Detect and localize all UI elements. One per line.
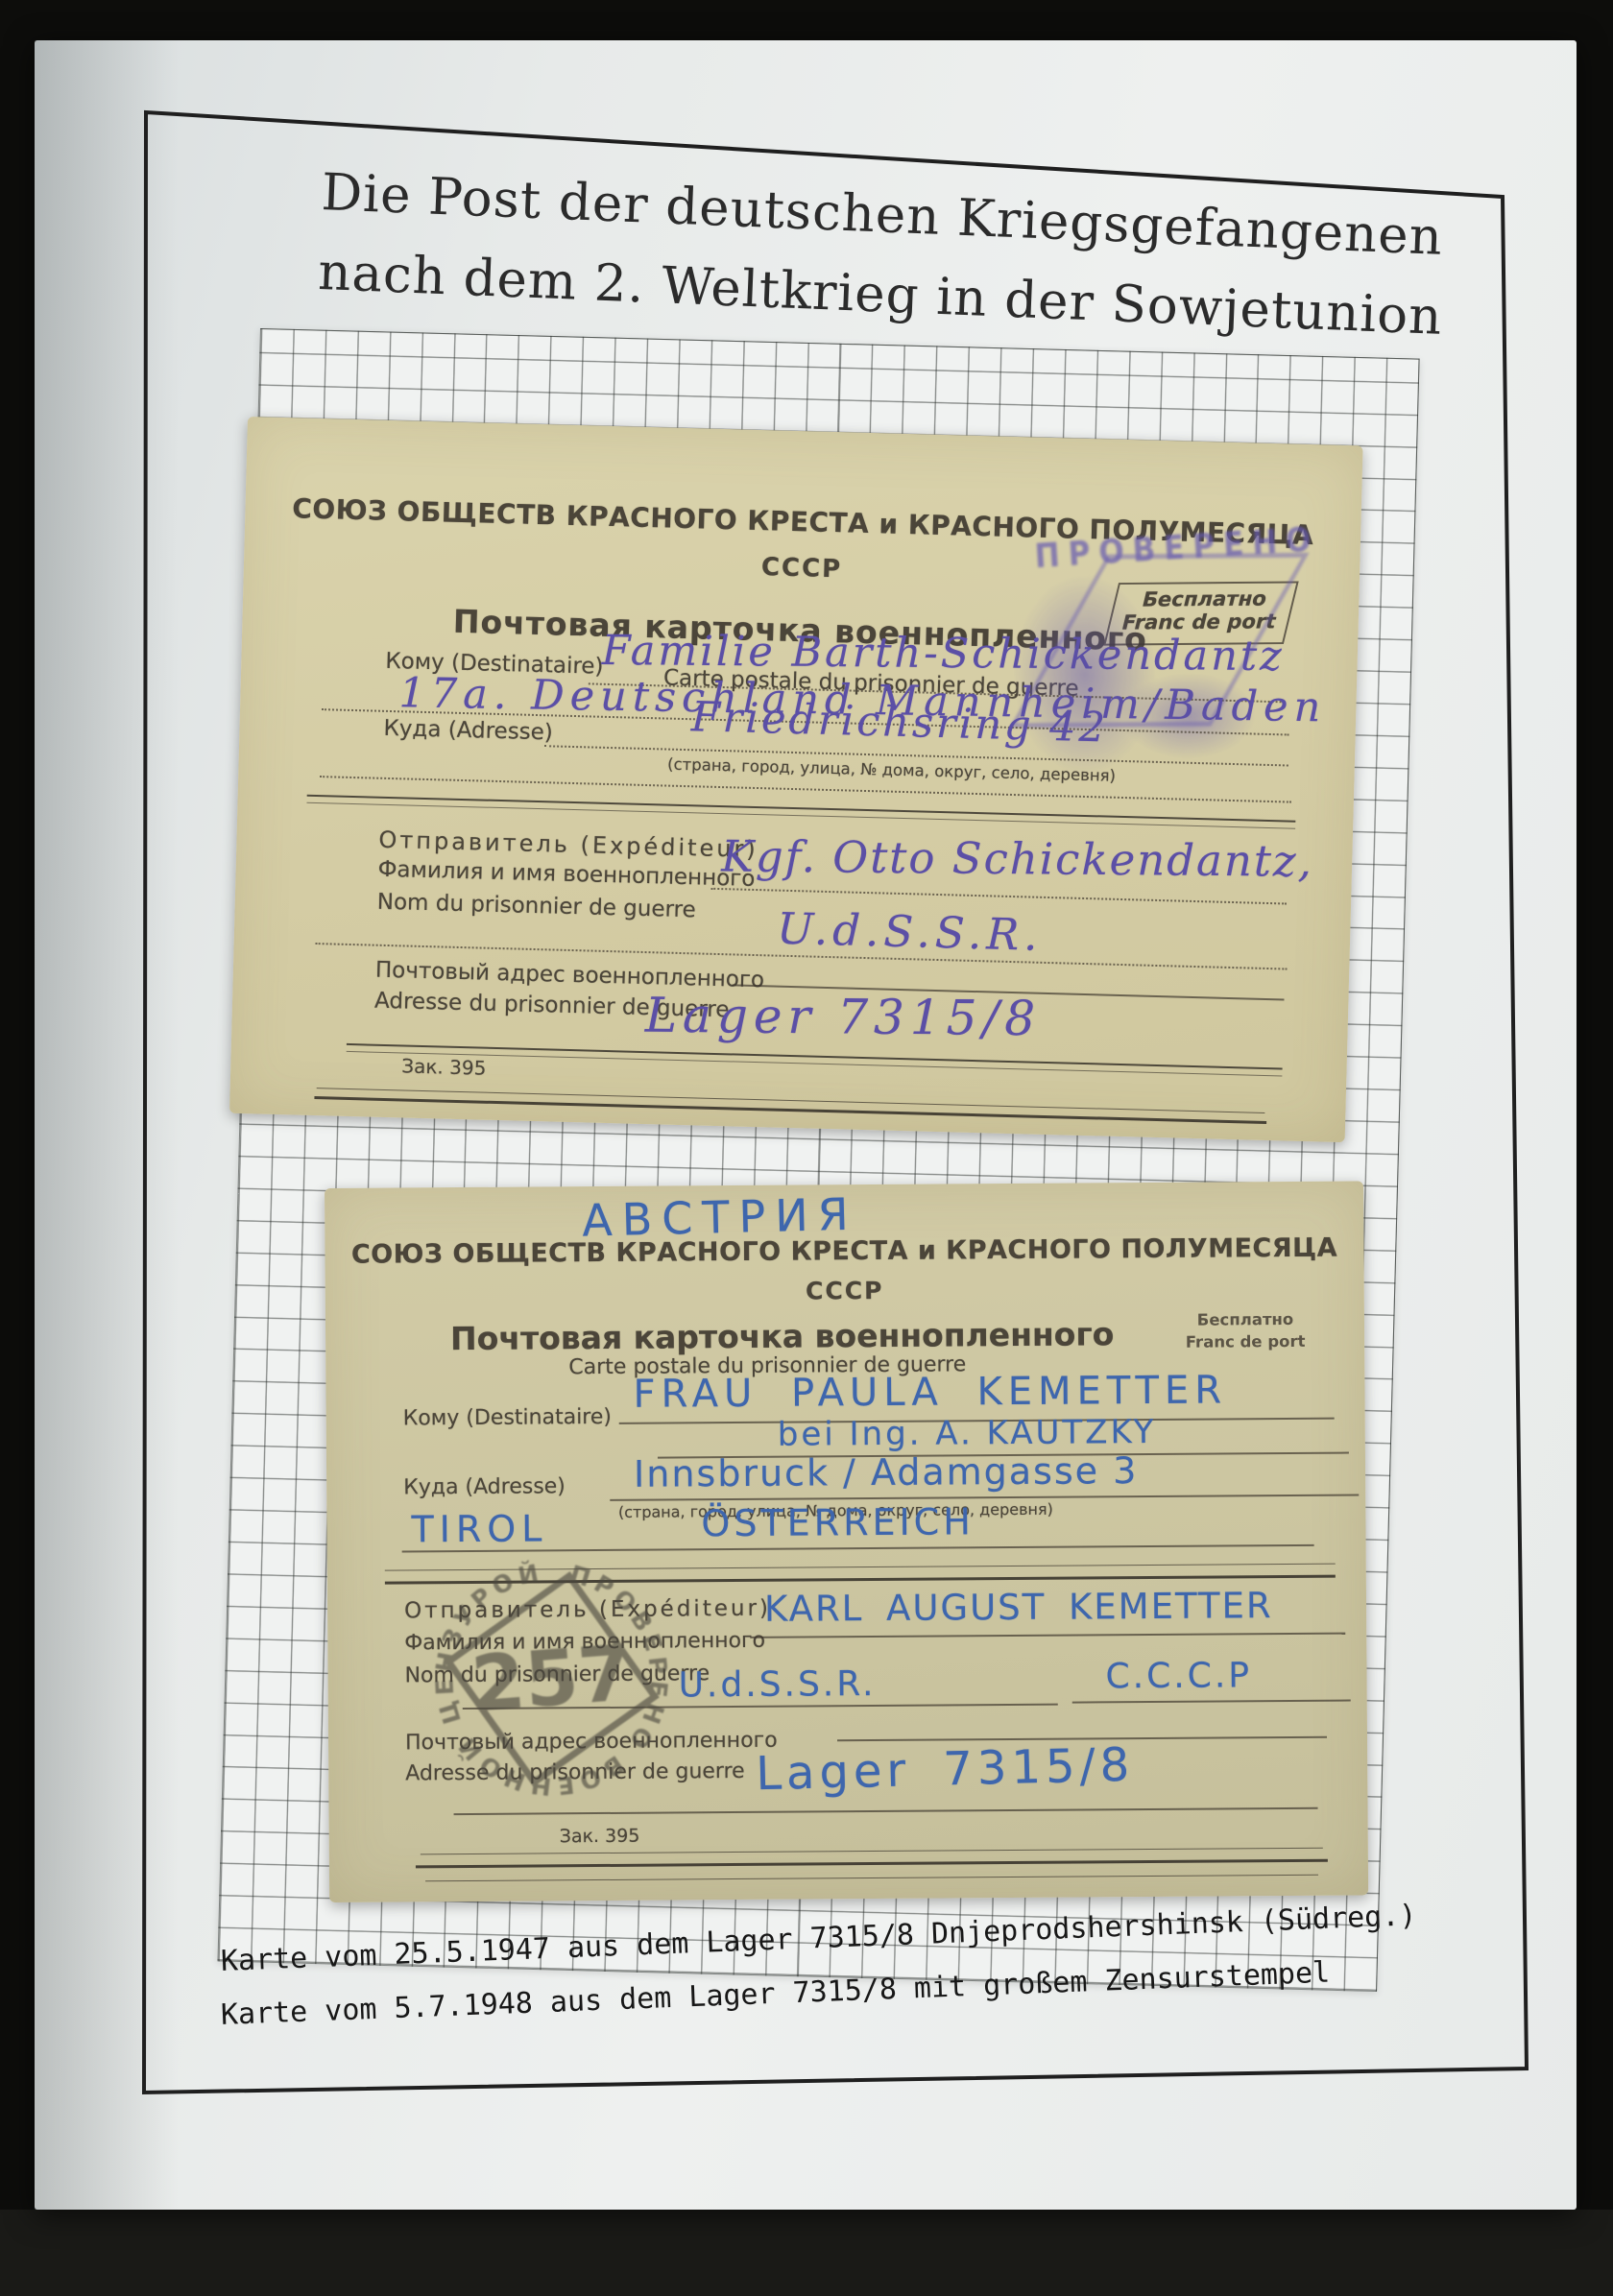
photo-of-album-page: Die Post der deutschen Kriegsgefangenen … [0, 0, 1613, 2296]
album-page: Die Post der deutschen Kriegsgefangenen … [35, 40, 1577, 2210]
section-divider [306, 795, 1295, 829]
solid-line [454, 1807, 1318, 1815]
card2-free-frank: Бесплатно Franc de port [1168, 1308, 1322, 1353]
double-line [347, 1043, 1283, 1077]
photo-backdrop [0, 2210, 1613, 2296]
postcard-2: АВСТРИЯ СОЮЗ ОБЩЕСТВ КРАСНОГО КРЕСТА и К… [325, 1181, 1368, 1902]
card2-print-code: Зак. 395 [560, 1826, 640, 1848]
card1-sender-country-handwriting: U.d.S.S.R. [777, 903, 1044, 961]
card2-free-frank-fr: Franc de port [1168, 1330, 1322, 1353]
card1-address-label: Куда (Adresse) [383, 716, 553, 746]
card1-sender-name-handwriting: Kgf. Otto Schickendantz, [721, 830, 1313, 886]
card2-org-line: СОЮЗ ОБЩЕСТВ КРАСНОГО КРЕСТА и КРАСНОГО … [325, 1232, 1363, 1270]
card2-address-handwriting: Innsbruck / Adamgasse 3 [634, 1449, 1139, 1495]
bottom-line [425, 1875, 1318, 1881]
card2-to-handwriting-2: bei Ing. A. KAUTZKY [778, 1413, 1157, 1454]
card2-to-label: Кому (Destinataire) [403, 1405, 612, 1431]
card2-address-label: Куда (Adresse) [403, 1474, 566, 1499]
card2-free-frank-ru: Бесплатно [1168, 1308, 1322, 1331]
dotted-line [710, 888, 1287, 905]
bottom-line [421, 1848, 1323, 1855]
card1-to-handwriting-1: Familie Barth-Schickendantz [602, 627, 1285, 681]
card2-sender-addr-handwriting: Lager 7315/8 [756, 1738, 1135, 1802]
card2-address2-left-handwriting: TIROL [411, 1507, 547, 1550]
card1-address-handwriting: Friedrichsring 42 [690, 693, 1108, 752]
card1-sender-name-label-fr: Nom du prisonnier de guerre [376, 890, 696, 923]
card2-to-handwriting-1: FRAU PAULA KEMETTER [633, 1368, 1227, 1416]
card2-censor-stamp: ПРОВЕРЕНО ВОЕННОЙ ЦЕНЗУРОЙ 257 [413, 1541, 689, 1817]
card2-sender-country-right: C.C.C.P [1105, 1656, 1252, 1696]
card2-sender-country-left: U.d.S.S.R. [678, 1664, 876, 1705]
card2-type-ru: Почтовая карточка военнопленного [450, 1316, 1065, 1357]
card2-org-country: СССР [325, 1273, 1364, 1308]
censor-stamp-number: 257 [469, 1628, 636, 1730]
solid-line [750, 1633, 1345, 1638]
solid-line [1072, 1700, 1351, 1704]
bottom-line [416, 1859, 1328, 1869]
card1-sender-addr-handwriting: Lager 7315/8 [645, 988, 1042, 1047]
card1-print-code: Зак. 395 [401, 1054, 487, 1079]
postcard-1: СОЮЗ ОБЩЕСТВ КРАСНОГО КРЕСТА и КРАСНОГО … [229, 417, 1363, 1142]
card1-sender-name-label-ru: Фамилия и имя военнопленного [377, 857, 755, 892]
card2-sender-name-handwriting: KARL AUGUST KEMETTER [764, 1585, 1273, 1630]
card2-address2-right-handwriting: ÖSTERREICH [701, 1500, 975, 1544]
